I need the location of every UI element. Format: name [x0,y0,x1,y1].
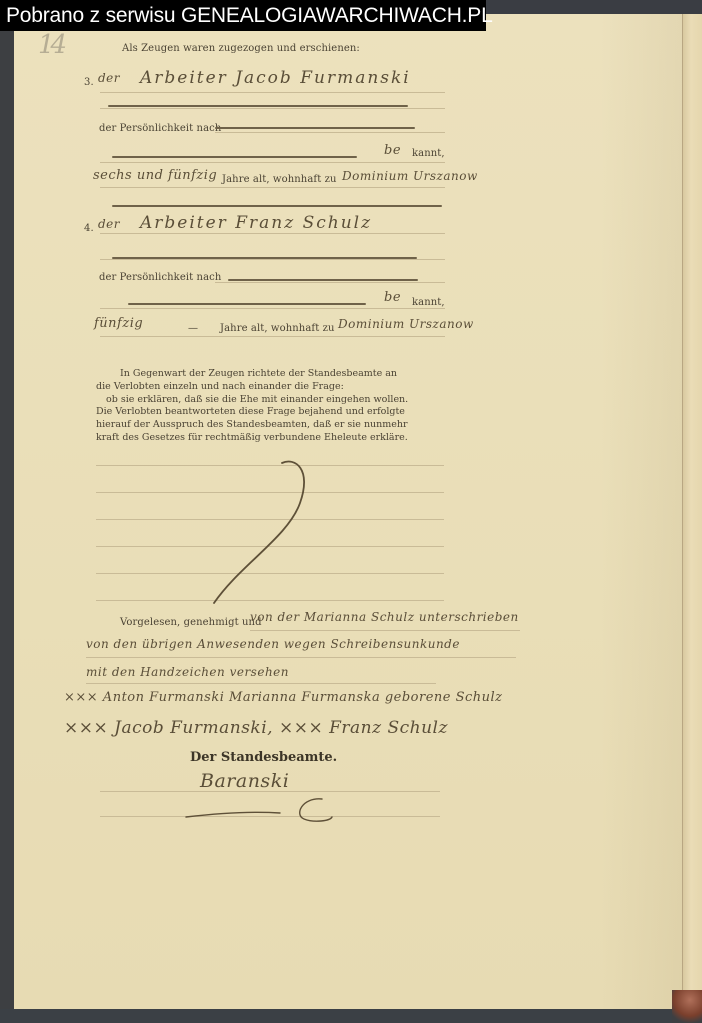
rule [215,282,445,283]
witness4-residence: Dominium Urszanow [338,317,474,331]
witness3-age-label: Jahre alt, wohnhaft zu [222,174,337,185]
signature-marks-line1: ××× Anton Furmanski Marianna Furmanska g… [64,690,503,705]
closing-printed-text: Vorgelesen, genehmigt und [120,617,262,628]
closing-hand-line2: von den übrigen Anwesenden wegen Schreib… [86,637,460,651]
rule [100,108,445,109]
registrar-title: Der Standesbeamte. [190,750,337,765]
witness3-prefix: der [98,71,120,85]
ink-line [215,127,415,129]
ink-line [128,303,366,305]
witness3-name: Arbeiter Jacob Furmanski [140,68,411,88]
closing-hand-line3: mit den Handzeichen versehen [86,665,289,679]
next-page-edge [682,14,702,1009]
rule [100,791,440,792]
rule [250,630,520,631]
rule [100,259,445,260]
witness4-identity-label: der Persönlichkeit nach [99,272,221,283]
witness3-known-prefix: be [384,143,401,158]
rule [100,162,445,163]
witnesses-header: Als Zeugen waren zugezogen und erschiene… [122,43,360,54]
ink-line [228,279,418,281]
registrar-signature: Baranski [200,770,289,792]
signature-marks-line2: ××× Jacob Furmanski, ××× Franz Schulz [64,718,448,738]
declaration-line: die Verlobten einzeln und nach einander … [96,381,446,394]
rule [215,132,445,133]
witness4-prefix: der [98,217,120,231]
signature-underline-flourish-icon [180,795,340,825]
witness4-age: fünfzig [94,316,143,331]
ink-line [112,205,442,207]
ink-line [108,105,408,107]
ink-line [112,156,357,158]
witness3-identity-label: der Persönlichkeit nach [99,123,221,134]
rule [86,683,436,684]
witness4-known-label: kannt, [412,297,445,308]
rule [100,336,445,337]
source-watermark: Pobrano z serwisu GENEALOGIAWARCHIWACH.P… [0,0,486,31]
declaration-line: Die Verlobten beantworteten diese Frage … [96,406,446,419]
witness4-number: 4. [84,223,94,234]
torn-corner [672,990,702,1023]
declaration-line: kraft des Gesetzes für rechtmäßig verbun… [96,432,446,445]
pencil-page-number: 14 [38,30,63,60]
rule [100,187,445,188]
declaration-line: In Gegenwart der Zeugen richtete der Sta… [96,368,446,381]
document-page [14,14,702,1009]
rule [86,657,516,658]
witness4-age-dash: — [188,323,198,334]
witness3-known-label: kannt, [412,148,445,159]
witness4-age-label: Jahre alt, wohnhaft zu [220,323,335,334]
cancellation-flourish-icon [200,455,320,610]
rule [100,308,445,309]
rule [100,92,445,93]
witness4-known-prefix: be [384,290,401,305]
closing-hand-line1: von der Marianna Schulz unterschrieben [250,610,519,624]
declaration-paragraph: In Gegenwart der Zeugen richtete der Sta… [96,368,446,445]
witness3-residence: Dominium Urszanow [342,169,478,183]
scan-bottom-border [0,1009,702,1023]
declaration-line: hierauf der Ausspruch des Standesbeamten… [96,419,446,432]
declaration-line: ob sie erklären, daß sie die Ehe mit ein… [96,394,446,407]
witness3-number: 3. [84,77,94,88]
witness4-name: Arbeiter Franz Schulz [140,213,372,233]
witness3-age: sechs und fünfzig [93,168,217,183]
rule [100,233,445,234]
page-gutter-shadow [600,14,682,1009]
